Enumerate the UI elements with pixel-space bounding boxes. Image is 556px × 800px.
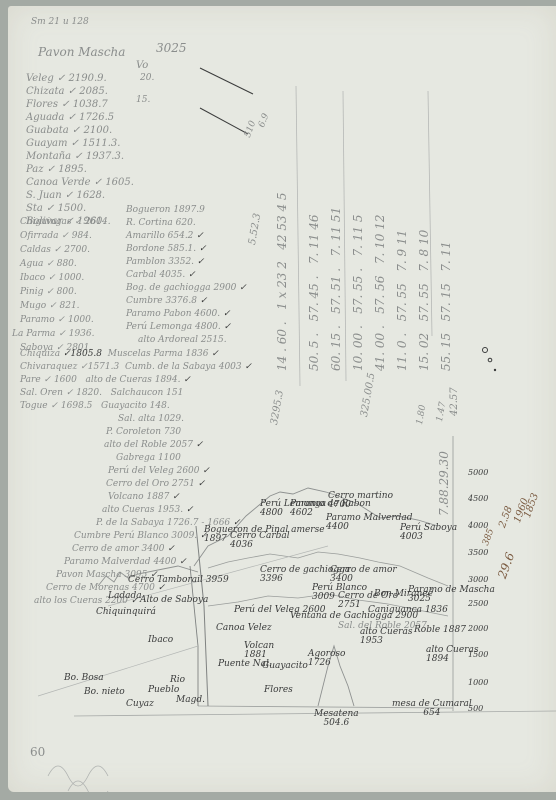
- scale-tick-label: 2000: [468, 624, 488, 633]
- list-item: Carbal 4035. ✓: [126, 271, 196, 280]
- sketch-label: Caniguanca 1836: [368, 606, 448, 615]
- sketch-label: Canoa Velez: [216, 624, 272, 633]
- sketch-label: Magd.: [176, 696, 205, 705]
- list-item: Chivaraquez ✓1571.3 Cumb. de la Sabaya 4…: [20, 363, 252, 372]
- list-item: alto Ardoreal 2515.: [138, 336, 227, 345]
- list-item: Aguada ✓ 1726.5: [26, 113, 114, 123]
- sketch-label: Mesatena504.6: [314, 710, 359, 729]
- list-item: Agua ✓ 880.: [20, 260, 77, 269]
- list-item: Volcano 1887 ✓: [108, 493, 180, 502]
- sketch-label: Alto de Saboya: [140, 596, 208, 605]
- list-item: P. Coroleton 730: [106, 428, 181, 437]
- list-item: Paramo Malverdad 4400 ✓: [64, 558, 187, 567]
- scale-tick-label: 4500: [468, 494, 488, 503]
- calc-column: 55. 15 57. 15 7. 11: [440, 241, 452, 371]
- list-item: Perú del Veleg 2600 ✓: [108, 467, 210, 476]
- list-item: Paz ✓ 1895.: [26, 165, 87, 175]
- list-item: Pamblon 3352. ✓: [126, 258, 204, 267]
- sketch-label: Cerro martino4700: [328, 492, 393, 511]
- side-calc: 42.57: [450, 387, 460, 416]
- sketch-label: Cerro Tamborail 3959: [128, 576, 229, 585]
- scale-tick-label: 3500: [468, 548, 488, 557]
- side-calc: 7.88.29.30: [438, 451, 450, 516]
- list-item: Sal. Oren ✓ 1820. Salchaucon 151: [20, 389, 183, 398]
- sketch-label: alto Cueras1894: [426, 646, 478, 665]
- scale-tick-label: 5000: [468, 468, 488, 477]
- list-item: Sta ✓ 1500.: [26, 204, 86, 214]
- scale-tick-label: 3000: [468, 575, 488, 584]
- sketch-label: Flores: [264, 686, 293, 695]
- catalog-number: Sm 21 u 128: [31, 18, 89, 27]
- list-item: Guabata ✓ 2100.: [26, 126, 112, 136]
- sketch-label: Bo. nieto: [84, 688, 125, 697]
- list-item: Chiquiza ✓1805.8 Muscelas Parma 1836 ✓: [20, 350, 219, 359]
- sketch-label: Ladada: [108, 592, 142, 601]
- list-item: Cumbre Perú Blanco 3009. ✓: [74, 532, 208, 541]
- heading-title: Pavon Mascha: [38, 46, 125, 58]
- sketch-label: Cuyaz: [126, 700, 154, 709]
- list-item: Ofirrada ✓ 984.: [20, 232, 92, 241]
- list-item: Guayam ✓ 1511.3.: [26, 139, 120, 149]
- sketch-label: Roble 1887: [414, 626, 466, 635]
- sketch-label: Bo. Bosa: [64, 674, 104, 683]
- list-item: Chiguingas ✓ 2614.: [20, 218, 111, 227]
- manuscript-page: Sm 21 u 128 Pavon Mascha 3025 Vo 20. 15.…: [8, 6, 556, 792]
- list-item: Bordone 585.1. ✓: [126, 245, 207, 254]
- calc-column: 50. 5 . 57. 45 . 7. 11 46: [308, 215, 320, 372]
- top-note: Vo: [136, 61, 148, 71]
- calc-column: 15. 02 57. 55 7. 8 10: [418, 230, 430, 371]
- list-item: Perú Lemonga 4800. ✓: [126, 323, 231, 332]
- sketch-label: Paramo de Mascha3025: [408, 586, 495, 605]
- list-item: Cerro del Oro 2751 ✓: [106, 480, 205, 489]
- top-note: 15.: [136, 96, 150, 105]
- sketch-label: Perú Saboya4003: [400, 524, 457, 543]
- list-item: Bogueron 1897.9: [126, 206, 205, 215]
- sketch-label: Pueblo: [148, 686, 179, 695]
- list-item: Flores ✓ 1038.7: [26, 100, 108, 110]
- list-item: Paramo ✓ 1000.: [20, 316, 94, 325]
- sketch-label: Guayacito: [262, 662, 308, 671]
- list-item: R. Cortina 620.: [126, 219, 196, 228]
- calc-column: 10. 00 . 57. 55 . 7. 11 5: [352, 215, 364, 371]
- list-item: Gabrega 1100: [116, 454, 181, 463]
- list-item: La Parma ✓ 1936.: [12, 330, 95, 339]
- list-item: Pinig ✓ 800.: [20, 288, 77, 297]
- page-number: 60: [30, 746, 45, 758]
- heading-value: 3025: [156, 42, 187, 54]
- list-item: Chizata ✓ 2085.: [26, 87, 108, 97]
- calc-column: 60. 15 . 57. 51 . 7. 11 51: [330, 207, 342, 371]
- list-item: Canoa Verde ✓ 1605.: [26, 178, 134, 188]
- sketch-label: mesa de Cumaral654: [392, 700, 472, 719]
- sketch-label: Rio: [170, 676, 185, 685]
- list-item: S. Juan ✓ 1628.: [26, 191, 105, 201]
- list-item: Sal. alta 1029.: [118, 415, 184, 424]
- sketch-label: Agoroso1726: [308, 650, 345, 669]
- list-item: Togue ✓ 1698.5 Guayacito 148.: [20, 402, 170, 411]
- list-item: Amarillo 654.2 ✓: [126, 232, 204, 241]
- sketch-label: Chiquinquirá: [96, 608, 156, 617]
- calc-column: 14 . 60 . 1 x 23 2 42 53 4 5: [276, 192, 288, 371]
- list-item: Bog. de gachiogga 2900 ✓: [126, 284, 247, 293]
- sketch-label: alto Cueras1953: [360, 628, 412, 647]
- list-item: Caldas ✓ 2700.: [20, 246, 90, 255]
- list-item: Paramo Pabon 4600. ✓: [126, 310, 231, 319]
- list-item: Cumbre 3376.8 ✓: [126, 297, 207, 306]
- list-item: Pare ✓ 1600 alto de Cueras 1894. ✓: [20, 376, 191, 385]
- list-item: alto Cueras 1953. ✓: [102, 506, 194, 515]
- calc-column: 11. 0 . 57. 55 7. 9 11: [396, 230, 408, 371]
- sketch-label: Ibaco: [148, 636, 173, 645]
- list-item: Veleg ✓ 2190.9.: [26, 74, 107, 84]
- scale-tick-label: 1000: [468, 678, 488, 687]
- list-item: Mugo ✓ 821.: [20, 302, 80, 311]
- sketch-label: Cerro Carbal4036: [230, 532, 290, 551]
- list-item: Montaña ✓ 1937.3.: [26, 152, 124, 162]
- calc-column: 41. 00 . 57. 56 7. 10 12: [374, 215, 386, 372]
- list-item: alto del Roble 2057 ✓: [104, 441, 203, 450]
- list-item: Ibaco ✓ 1000.: [20, 274, 84, 283]
- list-item: Cerro de amor 3400 ✓: [72, 545, 175, 554]
- top-note: 20.: [140, 74, 154, 83]
